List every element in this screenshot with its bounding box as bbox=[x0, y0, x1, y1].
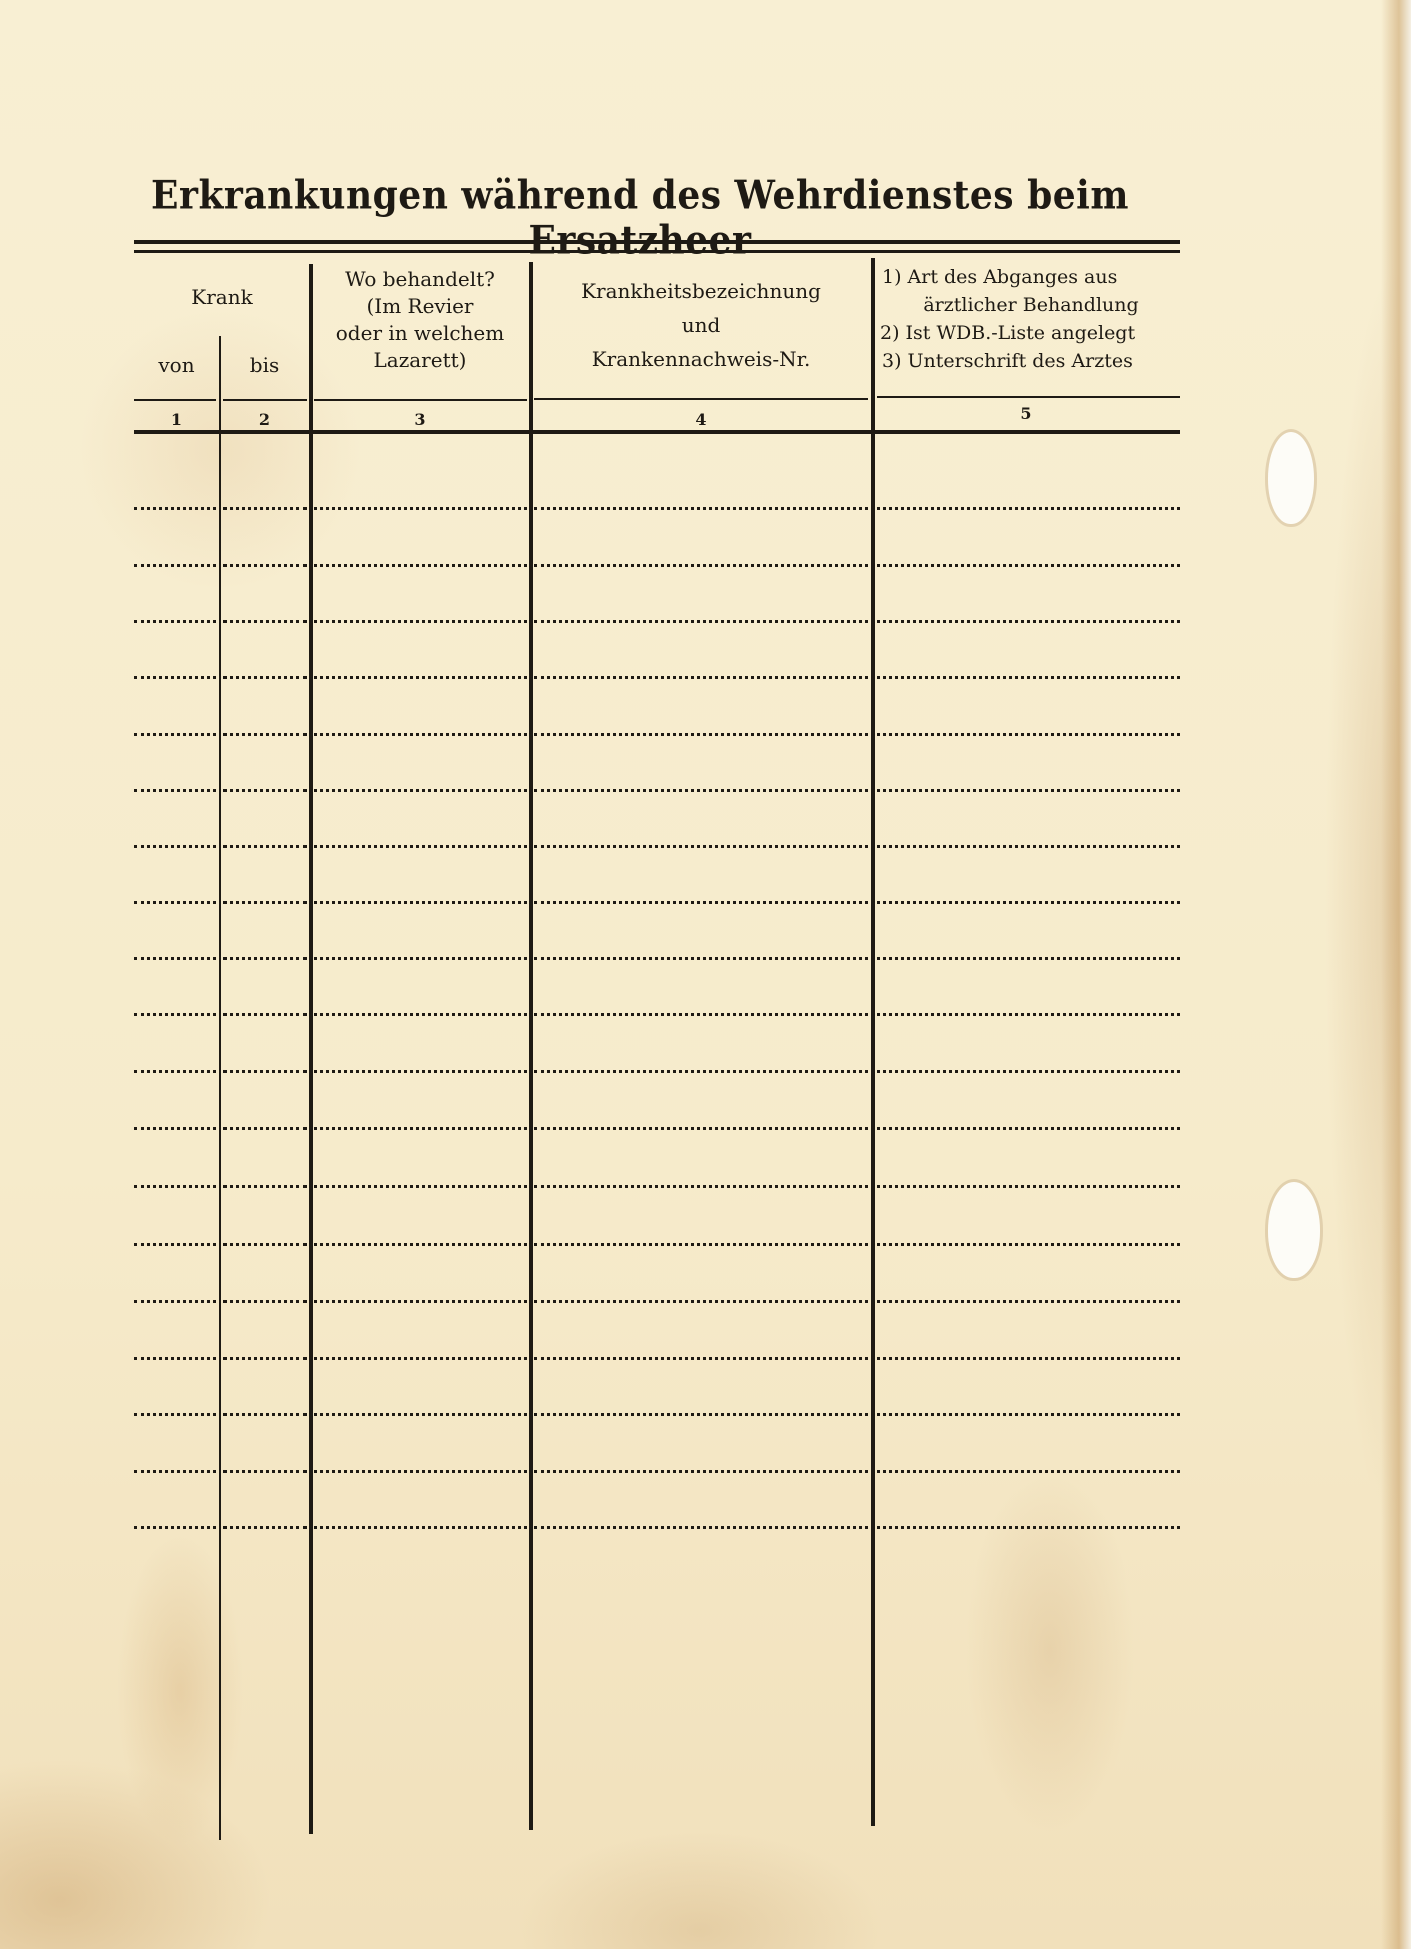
table-cell-col-1[interactable] bbox=[134, 683, 216, 733]
dotted-line bbox=[314, 733, 527, 736]
header-abgang-line: 3) Unterschrift des Arztes bbox=[876, 348, 1192, 374]
dotted-line bbox=[134, 507, 216, 510]
table-row bbox=[0, 733, 1411, 735]
table-cell-col-5[interactable] bbox=[877, 1420, 1180, 1470]
column-divider-wo bbox=[529, 262, 533, 1830]
dotted-line bbox=[314, 1470, 527, 1473]
header-krankheit-line: Krankennachweis-Nr. bbox=[530, 346, 872, 372]
table-cell-col-3[interactable] bbox=[314, 1135, 527, 1185]
table-row bbox=[0, 1127, 1411, 1129]
dotted-line bbox=[134, 1070, 216, 1073]
dotted-line bbox=[314, 1185, 527, 1188]
dotted-line bbox=[223, 1357, 307, 1360]
table-cell-col-3[interactable] bbox=[314, 1020, 527, 1070]
table-cell-col-1[interactable] bbox=[134, 963, 216, 1013]
table-cell-col-4[interactable] bbox=[534, 626, 868, 676]
dotted-line bbox=[534, 733, 868, 736]
table-cell-col-2[interactable] bbox=[223, 1077, 307, 1127]
dotted-line bbox=[223, 789, 307, 792]
table-cell-col-4[interactable] bbox=[534, 1476, 868, 1526]
dotted-line bbox=[134, 789, 216, 792]
dotted-line bbox=[314, 1300, 527, 1303]
table-cell-col-5[interactable] bbox=[877, 1250, 1180, 1300]
table-cell-col-4[interactable] bbox=[534, 1077, 868, 1127]
dotted-line bbox=[134, 676, 216, 679]
table-cell-col-5[interactable] bbox=[877, 626, 1180, 676]
dotted-line bbox=[877, 901, 1180, 904]
table-cell-col-1[interactable] bbox=[134, 626, 216, 676]
table-cell-col-5[interactable] bbox=[877, 739, 1180, 789]
table-cell-col-4[interactable] bbox=[534, 1193, 868, 1243]
header-rule-3 bbox=[314, 399, 527, 401]
table-cell-col-2[interactable] bbox=[223, 963, 307, 1013]
dotted-line bbox=[223, 507, 307, 510]
dotted-line bbox=[314, 901, 527, 904]
dotted-line bbox=[223, 620, 307, 623]
dotted-line bbox=[534, 901, 868, 904]
table-row bbox=[0, 789, 1411, 791]
dotted-line bbox=[534, 1300, 868, 1303]
table-cell-col-4[interactable] bbox=[534, 1250, 868, 1300]
dotted-line bbox=[534, 1413, 868, 1416]
dotted-line bbox=[314, 564, 527, 567]
table-cell-col-5[interactable] bbox=[877, 1307, 1180, 1357]
table-cell-col-5[interactable] bbox=[877, 1363, 1180, 1413]
dotted-line bbox=[223, 1013, 307, 1016]
dotted-line bbox=[134, 1413, 216, 1416]
table-cell-col-5[interactable] bbox=[877, 963, 1180, 1013]
dotted-line bbox=[134, 1526, 216, 1529]
dotted-line bbox=[223, 1127, 307, 1130]
dotted-line bbox=[223, 845, 307, 848]
dotted-line bbox=[223, 1300, 307, 1303]
dotted-line bbox=[223, 733, 307, 736]
dotted-line bbox=[223, 1185, 307, 1188]
dotted-line bbox=[134, 1013, 216, 1016]
table-row bbox=[0, 1357, 1411, 1359]
table-cell-col-2[interactable] bbox=[223, 457, 307, 507]
table-cell-col-4[interactable] bbox=[534, 1307, 868, 1357]
dotted-line bbox=[534, 1013, 868, 1016]
table-cell-col-2[interactable] bbox=[223, 1307, 307, 1357]
table-cell-col-5[interactable] bbox=[877, 851, 1180, 901]
header-rule-1 bbox=[134, 399, 216, 401]
dotted-line bbox=[534, 676, 868, 679]
paper-edge bbox=[1381, 0, 1411, 1949]
dotted-line bbox=[223, 1470, 307, 1473]
dotted-line bbox=[534, 1127, 868, 1130]
table-cell-col-4[interactable] bbox=[534, 1363, 868, 1413]
table-cell-col-3[interactable] bbox=[314, 626, 527, 676]
table-cell-col-3[interactable] bbox=[314, 570, 527, 620]
table-cell-col-4[interactable] bbox=[534, 907, 868, 957]
dotted-line bbox=[223, 1413, 307, 1416]
table-cell-col-4[interactable] bbox=[534, 851, 868, 901]
header-rule-5 bbox=[877, 396, 1180, 398]
table-cell-col-3[interactable] bbox=[314, 1420, 527, 1470]
table-row bbox=[0, 507, 1411, 509]
table-cell-col-1[interactable] bbox=[134, 1193, 216, 1243]
table-cell-col-5[interactable] bbox=[877, 457, 1180, 507]
table-cell-col-3[interactable] bbox=[314, 457, 527, 507]
column-number-4: 4 bbox=[530, 410, 872, 429]
header-wo-behandelt-line: oder in welchem bbox=[310, 320, 530, 346]
table-cell-col-3[interactable] bbox=[314, 851, 527, 901]
table-cell-col-2[interactable] bbox=[223, 1420, 307, 1470]
header-wo-behandelt-line: Lazarett) bbox=[310, 347, 530, 373]
dotted-line bbox=[534, 1470, 868, 1473]
column-number-5: 5 bbox=[872, 404, 1180, 423]
table-cell-col-5[interactable] bbox=[877, 1077, 1180, 1127]
table-cell-col-2[interactable] bbox=[223, 1193, 307, 1243]
table-cell-col-3[interactable] bbox=[314, 907, 527, 957]
header-krankheit-line: Krankheitsbezeichnung bbox=[530, 278, 872, 304]
dotted-line bbox=[314, 789, 527, 792]
table-row bbox=[0, 1526, 1411, 1528]
table-cell-col-1[interactable] bbox=[134, 739, 216, 789]
table-cell-col-2[interactable] bbox=[223, 1476, 307, 1526]
dotted-line bbox=[134, 1300, 216, 1303]
dotted-line bbox=[877, 620, 1180, 623]
table-cell-col-2[interactable] bbox=[223, 626, 307, 676]
header-krankheit-line: und bbox=[530, 312, 872, 338]
header-bis: bis bbox=[219, 352, 310, 378]
header-wo-behandelt-line: Wo behandelt? bbox=[310, 266, 530, 292]
top-rule-thick bbox=[134, 240, 1180, 244]
header-von: von bbox=[134, 352, 219, 378]
table-cell-col-1[interactable] bbox=[134, 907, 216, 957]
table-row bbox=[0, 1413, 1411, 1415]
dotted-line bbox=[314, 1243, 527, 1246]
table-cell-col-3[interactable] bbox=[314, 683, 527, 733]
table-cell-col-5[interactable] bbox=[877, 907, 1180, 957]
top-rule-thin bbox=[134, 250, 1180, 253]
table-cell-col-2[interactable] bbox=[223, 514, 307, 564]
table-cell-col-3[interactable] bbox=[314, 1363, 527, 1413]
table-row bbox=[0, 1470, 1411, 1472]
table-cell-col-1[interactable] bbox=[134, 795, 216, 845]
table-row bbox=[0, 845, 1411, 847]
table-row bbox=[0, 957, 1411, 959]
table-cell-col-1[interactable] bbox=[134, 1135, 216, 1185]
table-cell-col-4[interactable] bbox=[534, 514, 868, 564]
table-cell-col-2[interactable] bbox=[223, 907, 307, 957]
table-cell-col-2[interactable] bbox=[223, 1020, 307, 1070]
table-row bbox=[0, 564, 1411, 566]
dotted-line bbox=[877, 957, 1180, 960]
dotted-line bbox=[314, 1357, 527, 1360]
dotted-line bbox=[877, 845, 1180, 848]
table-cell-col-1[interactable] bbox=[134, 457, 216, 507]
table-cell-col-3[interactable] bbox=[314, 795, 527, 845]
table-cell-col-4[interactable] bbox=[534, 1020, 868, 1070]
header-bottom-rule bbox=[134, 430, 1180, 434]
dotted-line bbox=[877, 1357, 1180, 1360]
header-wo-behandelt-line: (Im Revier bbox=[310, 293, 530, 319]
dotted-line bbox=[223, 1526, 307, 1529]
dotted-line bbox=[877, 1526, 1180, 1529]
table-row bbox=[0, 1185, 1411, 1187]
column-number-1: 1 bbox=[134, 410, 219, 429]
table-cell-col-3[interactable] bbox=[314, 1250, 527, 1300]
table-cell-col-4[interactable] bbox=[534, 570, 868, 620]
table-row bbox=[0, 620, 1411, 622]
dotted-line bbox=[877, 789, 1180, 792]
dotted-line bbox=[534, 1070, 868, 1073]
table-row bbox=[0, 901, 1411, 903]
table-cell-col-2[interactable] bbox=[223, 570, 307, 620]
table-cell-col-4[interactable] bbox=[534, 1420, 868, 1470]
table-cell-col-1[interactable] bbox=[134, 851, 216, 901]
dotted-line bbox=[534, 620, 868, 623]
dotted-line bbox=[134, 957, 216, 960]
table-cell-col-3[interactable] bbox=[314, 1077, 527, 1127]
table-cell-col-3[interactable] bbox=[314, 514, 527, 564]
table-cell-col-2[interactable] bbox=[223, 683, 307, 733]
dotted-line bbox=[877, 1127, 1180, 1130]
dotted-line bbox=[877, 676, 1180, 679]
table-cell-col-3[interactable] bbox=[314, 963, 527, 1013]
column-number-3: 3 bbox=[310, 410, 530, 429]
table-row bbox=[0, 1070, 1411, 1072]
dotted-line bbox=[314, 1013, 527, 1016]
dotted-line bbox=[223, 957, 307, 960]
dotted-line bbox=[534, 1526, 868, 1529]
table-row bbox=[0, 1013, 1411, 1015]
table-cell-col-5[interactable] bbox=[877, 795, 1180, 845]
table-cell-col-3[interactable] bbox=[314, 1307, 527, 1357]
dotted-line bbox=[534, 564, 868, 567]
table-cell-col-4[interactable] bbox=[534, 963, 868, 1013]
table-row bbox=[0, 1243, 1411, 1245]
header-abgang-line: ärztlicher Behandlung bbox=[876, 292, 1186, 318]
table-cell-col-5[interactable] bbox=[877, 1193, 1180, 1243]
table-cell-col-1[interactable] bbox=[134, 514, 216, 564]
dotted-line bbox=[877, 1243, 1180, 1246]
dotted-line bbox=[534, 507, 868, 510]
dotted-line bbox=[534, 789, 868, 792]
dotted-line bbox=[223, 1243, 307, 1246]
dotted-line bbox=[534, 1357, 868, 1360]
dotted-line bbox=[877, 1185, 1180, 1188]
dotted-line bbox=[534, 1185, 868, 1188]
table-cell-col-2[interactable] bbox=[223, 795, 307, 845]
dotted-line bbox=[877, 733, 1180, 736]
dotted-line bbox=[877, 1470, 1180, 1473]
dotted-line bbox=[134, 901, 216, 904]
dotted-line bbox=[223, 1070, 307, 1073]
table-cell-col-2[interactable] bbox=[223, 1363, 307, 1413]
dotted-line bbox=[134, 1470, 216, 1473]
table-cell-col-4[interactable] bbox=[534, 739, 868, 789]
header-rule-4 bbox=[534, 398, 868, 400]
header-krank: Krank bbox=[134, 284, 310, 310]
table-cell-col-5[interactable] bbox=[877, 1020, 1180, 1070]
dotted-line bbox=[134, 733, 216, 736]
table-cell-col-2[interactable] bbox=[223, 1250, 307, 1300]
column-divider-von-bis bbox=[219, 336, 221, 1840]
table-cell-col-3[interactable] bbox=[314, 1476, 527, 1526]
dotted-line bbox=[877, 1300, 1180, 1303]
dotted-line bbox=[877, 507, 1180, 510]
table-cell-col-1[interactable] bbox=[134, 1420, 216, 1470]
dotted-line bbox=[314, 1526, 527, 1529]
dotted-line bbox=[314, 1070, 527, 1073]
table-cell-col-1[interactable] bbox=[134, 1363, 216, 1413]
table-cell-col-1[interactable] bbox=[134, 1307, 216, 1357]
table-cell-col-5[interactable] bbox=[877, 683, 1180, 733]
table-cell-col-5[interactable] bbox=[877, 570, 1180, 620]
dotted-line bbox=[134, 845, 216, 848]
table-cell-col-3[interactable] bbox=[314, 739, 527, 789]
table-cell-col-1[interactable] bbox=[134, 1250, 216, 1300]
table-cell-col-1[interactable] bbox=[134, 570, 216, 620]
column-divider-krankheit bbox=[871, 258, 875, 1826]
dotted-line bbox=[314, 957, 527, 960]
table-cell-col-4[interactable] bbox=[534, 457, 868, 507]
table-cell-col-5[interactable] bbox=[877, 514, 1180, 564]
dotted-line bbox=[534, 957, 868, 960]
dotted-line bbox=[134, 564, 216, 567]
dotted-line bbox=[534, 1243, 868, 1246]
dotted-line bbox=[314, 1413, 527, 1416]
dotted-line bbox=[314, 620, 527, 623]
dotted-line bbox=[534, 845, 868, 848]
punch-hole-upper bbox=[1268, 432, 1314, 524]
dotted-line bbox=[877, 1070, 1180, 1073]
dotted-line bbox=[134, 1357, 216, 1360]
table-row bbox=[0, 676, 1411, 678]
table-cell-col-2[interactable] bbox=[223, 851, 307, 901]
dotted-line bbox=[134, 620, 216, 623]
dotted-line bbox=[223, 564, 307, 567]
dotted-line bbox=[134, 1243, 216, 1246]
column-divider-krank bbox=[309, 264, 313, 1834]
table-cell-col-5[interactable] bbox=[877, 1135, 1180, 1185]
dotted-line bbox=[223, 901, 307, 904]
table-cell-col-4[interactable] bbox=[534, 1135, 868, 1185]
table-cell-col-5[interactable] bbox=[877, 1476, 1180, 1526]
table-cell-col-2[interactable] bbox=[223, 739, 307, 789]
table-cell-col-2[interactable] bbox=[223, 1135, 307, 1185]
column-number-2: 2 bbox=[219, 410, 310, 429]
table-cell-col-1[interactable] bbox=[134, 1020, 216, 1070]
table-cell-col-1[interactable] bbox=[134, 1476, 216, 1526]
dotted-line bbox=[877, 1013, 1180, 1016]
dotted-line bbox=[314, 845, 527, 848]
table-cell-col-4[interactable] bbox=[534, 683, 868, 733]
header-rule-2 bbox=[223, 399, 307, 401]
dotted-line bbox=[314, 507, 527, 510]
table-cell-col-4[interactable] bbox=[534, 795, 868, 845]
dotted-line bbox=[877, 564, 1180, 567]
header-abgang-line: 1) Art des Abganges aus bbox=[876, 264, 1192, 290]
punch-hole-lower bbox=[1268, 1182, 1320, 1278]
dotted-line bbox=[134, 1185, 216, 1188]
dotted-line bbox=[877, 1413, 1180, 1416]
dotted-line bbox=[314, 1127, 527, 1130]
dotted-line bbox=[314, 676, 527, 679]
table-cell-col-3[interactable] bbox=[314, 1193, 527, 1243]
header-abgang-line: 2) Ist WDB.-Liste angelegt bbox=[876, 320, 1190, 346]
dotted-line bbox=[223, 676, 307, 679]
dotted-line bbox=[134, 1127, 216, 1130]
table-cell-col-1[interactable] bbox=[134, 1077, 216, 1127]
table-row bbox=[0, 1300, 1411, 1302]
